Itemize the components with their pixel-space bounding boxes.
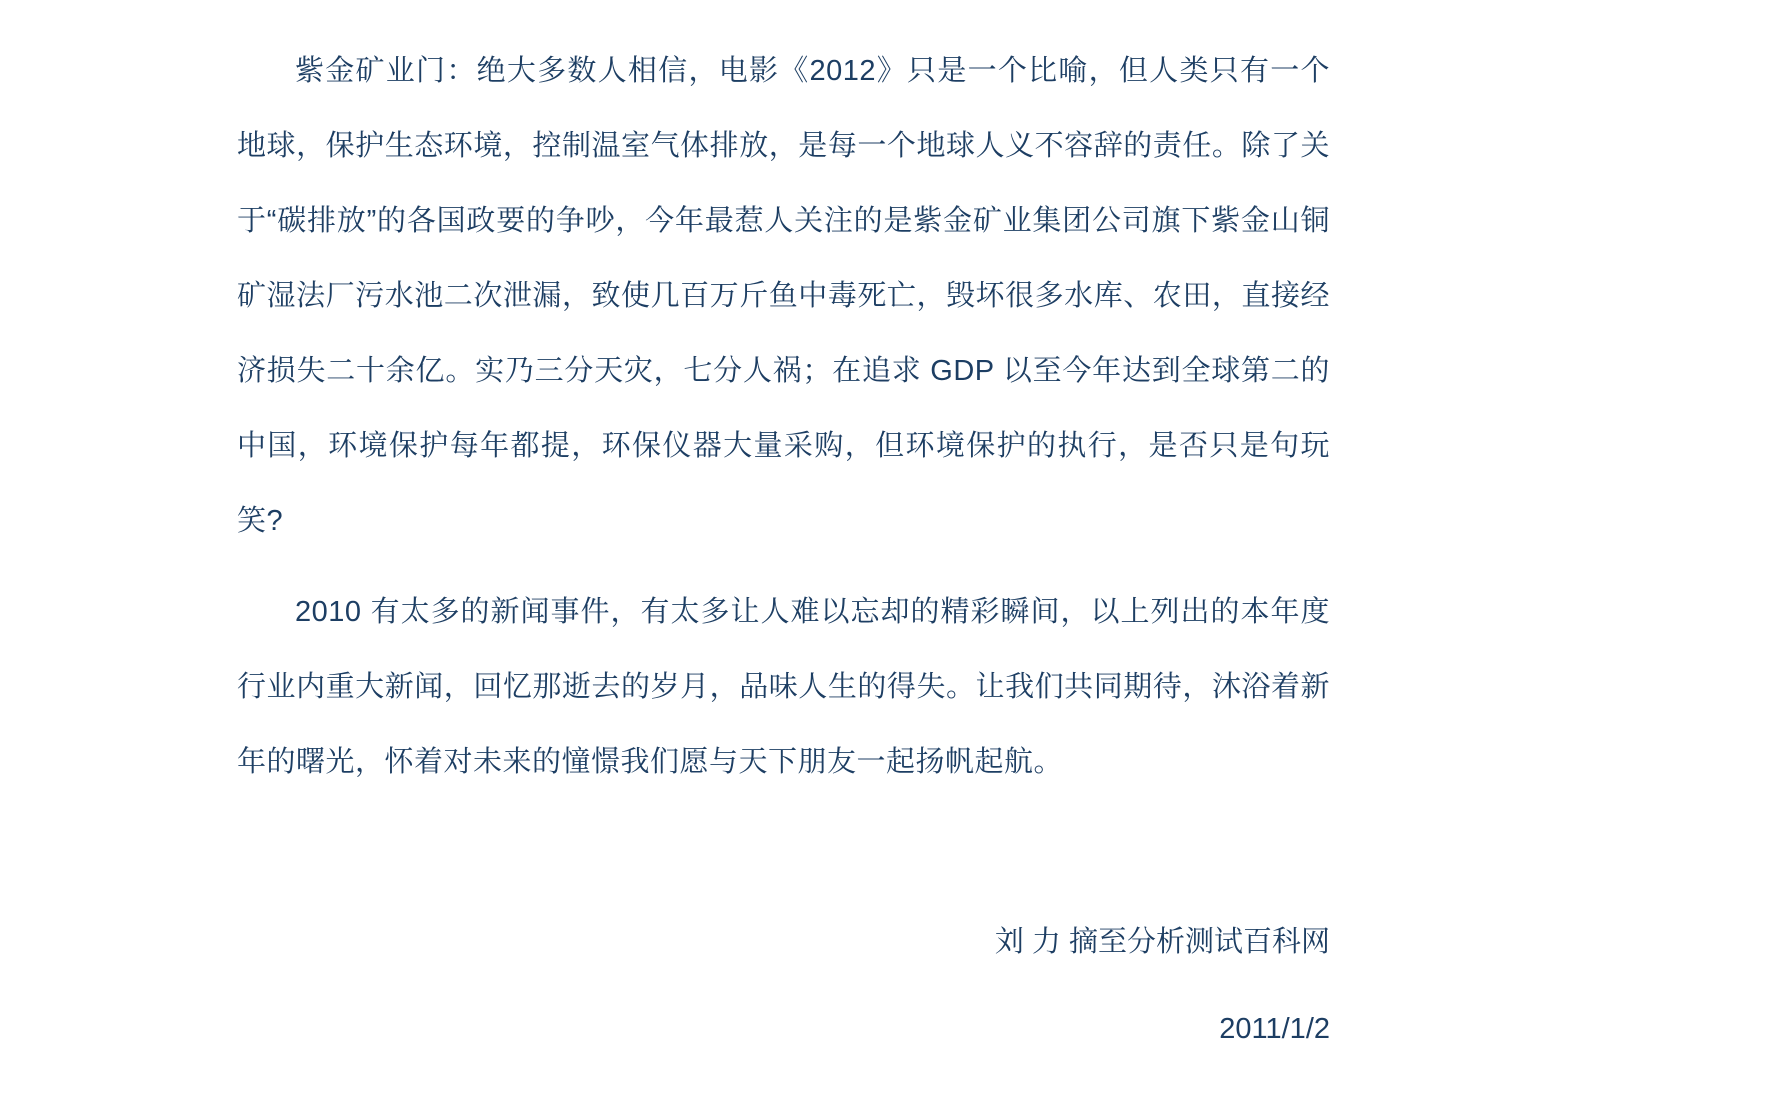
paragraph-zijin-mining: 紫金矿业门：绝大多数人相信，电影《2012》只是一个比喻，但人类只有一个地球，保… [237,34,1330,559]
paragraph-2010-closing: 2010 有太多的新闻事件，有太多让人难以忘却的精彩瞬间，以上列出的本年度行业内… [237,575,1330,800]
signature-line: 刘 力 摘至分析测试百科网 [237,905,1330,980]
document-page: 紫金矿业门：绝大多数人相信，电影《2012》只是一个比喻，但人类只有一个地球，保… [0,0,1786,1101]
date-line: 2011/1/2 [237,992,1330,1067]
document-body: 紫金矿业门：绝大多数人相信，电影《2012》只是一个比喻，但人类只有一个地球，保… [237,34,1330,1067]
